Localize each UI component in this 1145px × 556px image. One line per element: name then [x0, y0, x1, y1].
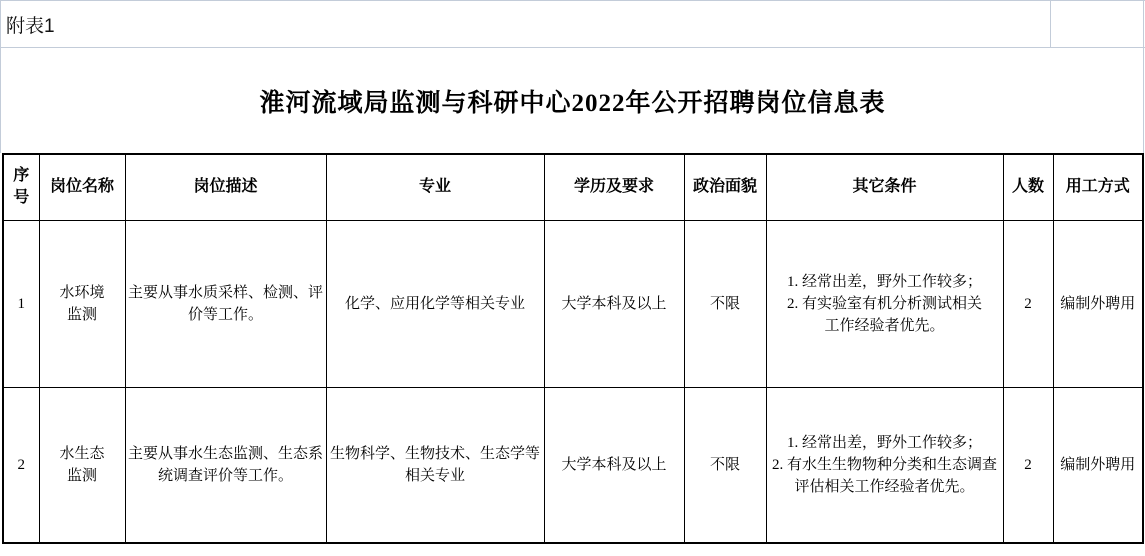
text-line: 监测 [42, 465, 123, 487]
cell-position-name[interactable]: 水生态 监测 [39, 387, 125, 543]
cell-major[interactable]: 生物科学、生物技术、生态学等 相关专业 [326, 387, 544, 543]
column-header-headcount[interactable]: 人数 [1003, 154, 1053, 220]
column-header-description[interactable]: 岗位描述 [125, 154, 326, 220]
table-header-row: 序号 岗位名称 岗位描述 专业 学历及要求 政治面貌 其它条件 人数 用工方式 [3, 154, 1143, 220]
text-line: 评估相关工作经验者优先。 [769, 476, 1001, 498]
text-line: 主要从事水生态监测、生态系 [128, 443, 324, 465]
cell-other-conditions[interactable]: 1. 经常出差，野外工作较多； 2. 有实验室有机分析测试相关 工作经验者优先。 [766, 220, 1003, 387]
text-line: 水环境 [42, 282, 123, 304]
recruitment-table: 序号 岗位名称 岗位描述 专业 学历及要求 政治面貌 其它条件 人数 用工方式 … [2, 153, 1144, 544]
cell-political-status[interactable]: 不限 [684, 220, 766, 387]
column-header-education[interactable]: 学历及要求 [544, 154, 684, 220]
text-line: 相关专业 [329, 465, 542, 487]
column-header-political-status[interactable]: 政治面貌 [684, 154, 766, 220]
cell-index[interactable]: 1 [3, 220, 39, 387]
column-header-position-name[interactable]: 岗位名称 [39, 154, 125, 220]
cell-education[interactable]: 大学本科及以上 [544, 387, 684, 543]
text-line: 2. 有实验室有机分析测试相关 [769, 293, 1001, 315]
cell-employment-type[interactable]: 编制外聘用 [1053, 220, 1143, 387]
column-header-employment-type[interactable]: 用工方式 [1053, 154, 1143, 220]
sheet-corner-label: 附表1 [6, 11, 55, 38]
text-line: 生物科学、生物技术、生态学等 [329, 443, 542, 465]
text-line: 工作经验者优先。 [769, 315, 1001, 337]
table-row: 2 水生态 监测 主要从事水生态监测、生态系 统调查评价等工作。 生物科学、生物… [3, 387, 1143, 543]
sheet-cell-right[interactable] [1051, 1, 1145, 47]
cell-index[interactable]: 2 [3, 387, 39, 543]
cell-description[interactable]: 主要从事水质采样、检测、评 价等工作。 [125, 220, 326, 387]
text-line: 2. 有水生生物物种分类和生态调查 [769, 454, 1001, 476]
sheet-cell-corner[interactable]: 附表1 [0, 1, 1051, 47]
column-header-index[interactable]: 序号 [3, 154, 39, 220]
cell-description[interactable]: 主要从事水生态监测、生态系 统调查评价等工作。 [125, 387, 326, 543]
cell-other-conditions[interactable]: 1. 经常出差，野外工作较多； 2. 有水生生物物种分类和生态调查 评估相关工作… [766, 387, 1003, 543]
text-line: 1. 经常出差，野外工作较多； [769, 271, 1001, 293]
title-band: 淮河流域局监测与科研中心2022年公开招聘岗位信息表 [0, 48, 1145, 153]
sheet-header-row: 附表1 [0, 0, 1145, 48]
text-line: 统调查评价等工作。 [128, 465, 324, 487]
cell-employment-type[interactable]: 编制外聘用 [1053, 387, 1143, 543]
table-row: 1 水环境 监测 主要从事水质采样、检测、评 价等工作。 化学、应用化学等相关专… [3, 220, 1143, 387]
text-line: 主要从事水质采样、检测、评 [128, 282, 324, 304]
column-header-other-conditions[interactable]: 其它条件 [766, 154, 1003, 220]
cell-position-name[interactable]: 水环境 监测 [39, 220, 125, 387]
text-line: 监测 [42, 304, 123, 326]
cell-headcount[interactable]: 2 [1003, 387, 1053, 543]
text-line: 水生态 [42, 443, 123, 465]
text-line: 1. 经常出差，野外工作较多； [769, 432, 1001, 454]
text-line: 化学、应用化学等相关专业 [329, 293, 542, 315]
page-title: 淮河流域局监测与科研中心2022年公开招聘岗位信息表 [259, 83, 885, 119]
cell-education[interactable]: 大学本科及以上 [544, 220, 684, 387]
column-header-major[interactable]: 专业 [326, 154, 544, 220]
cell-major[interactable]: 化学、应用化学等相关专业 [326, 220, 544, 387]
text-line: 价等工作。 [128, 304, 324, 326]
cell-political-status[interactable]: 不限 [684, 387, 766, 543]
cell-headcount[interactable]: 2 [1003, 220, 1053, 387]
